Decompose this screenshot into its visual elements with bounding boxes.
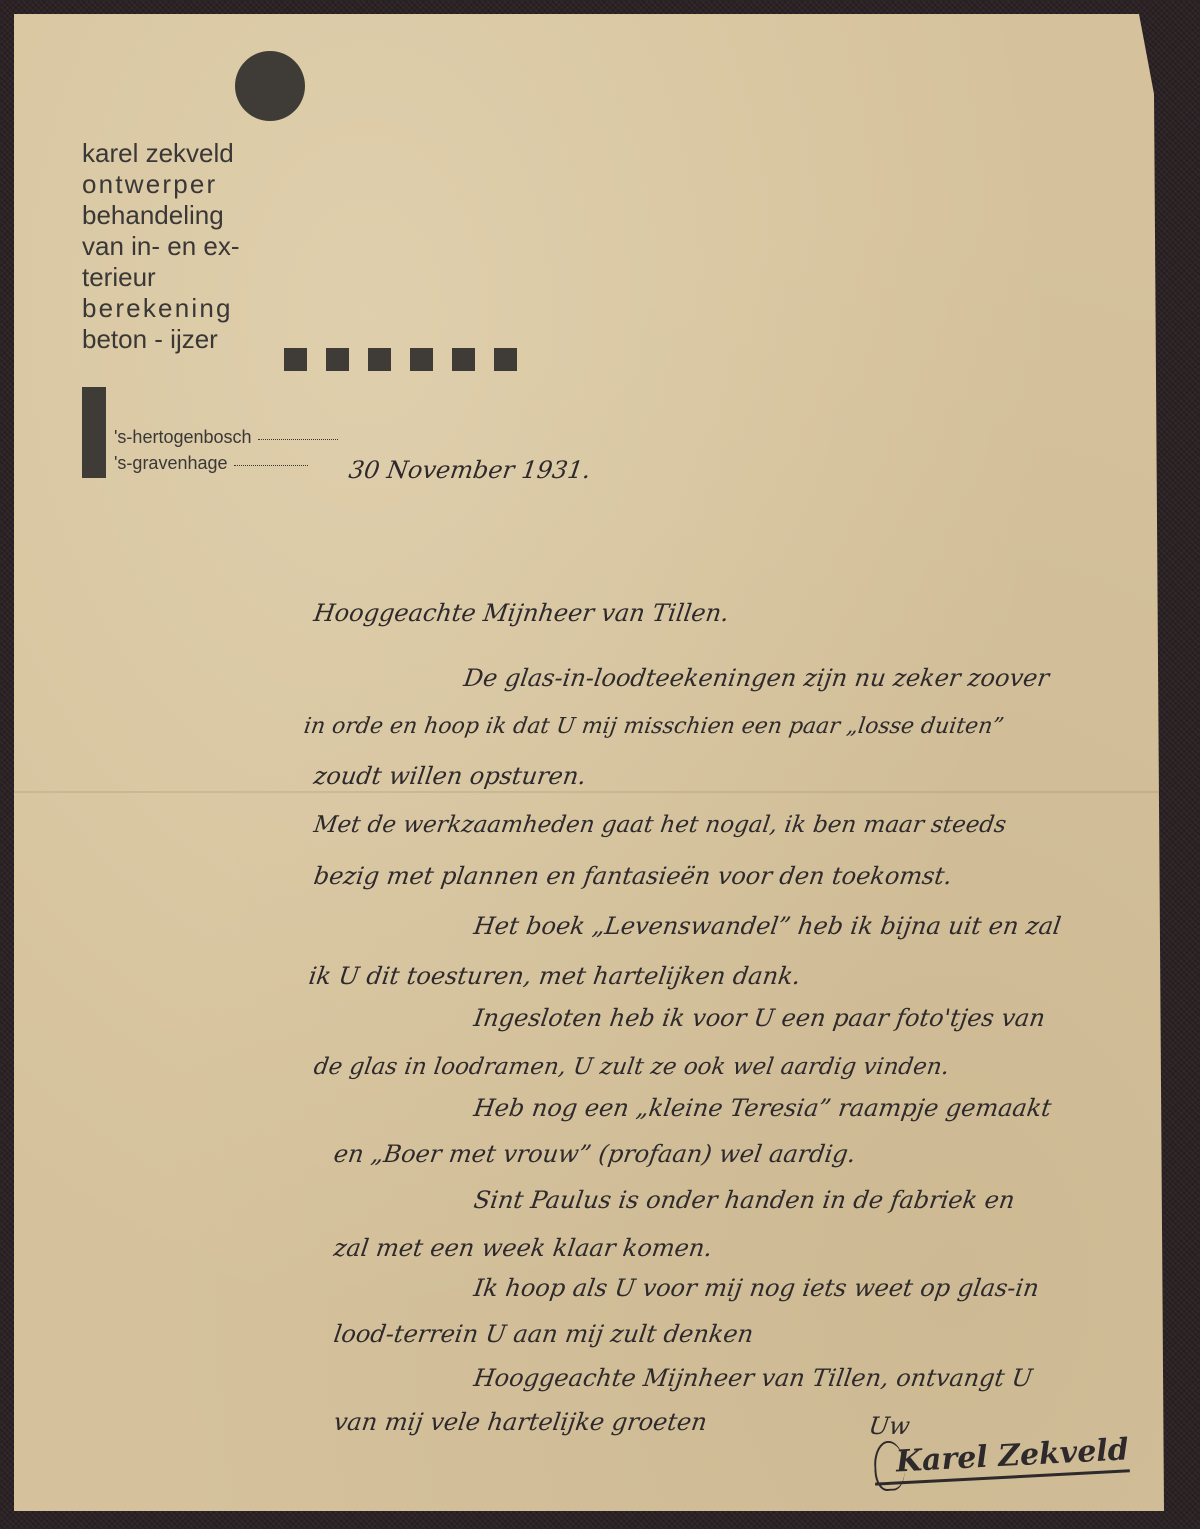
city-name: 's-gravenhage xyxy=(114,453,228,473)
body-line: in orde en hoop ik dat U mij misschien e… xyxy=(302,714,1005,739)
body-line: Hooggeachte Mijnheer van Tillen, ontvang… xyxy=(472,1364,1034,1392)
city-line: 's-gravenhage xyxy=(114,453,308,474)
signature: Karel Zekveld xyxy=(873,1432,1130,1485)
dotted-fill-line xyxy=(234,465,308,466)
body-line: Het boek „Levenswandel” heb ik bijna uit… xyxy=(472,912,1063,940)
letterhead-line: terieur xyxy=(82,262,240,293)
city-line: 's-hertogenbosch xyxy=(114,427,338,448)
paper-fold-line xyxy=(14,791,1187,793)
letterhead-circle-logo xyxy=(235,51,305,121)
letterhead-line: behandeling xyxy=(82,200,240,231)
square-ornament xyxy=(494,348,517,371)
square-ornament xyxy=(452,348,475,371)
body-line: De glas-in-loodteekeningen zijn nu zeker… xyxy=(462,664,1051,692)
square-ornament xyxy=(410,348,433,371)
letterhead-name: karel zekveld xyxy=(82,138,240,169)
square-ornament xyxy=(368,348,391,371)
body-line: zoudt willen opsturen. xyxy=(312,762,588,790)
letterhead-text: karel zekveld ontwerper behandeling van … xyxy=(82,138,240,355)
dotted-fill-line xyxy=(258,439,338,440)
body-line: lood-terrein U aan mij zult denken xyxy=(332,1320,755,1348)
square-ornament xyxy=(284,348,307,371)
letterhead-line: berekening xyxy=(82,293,240,324)
body-line: Met de werkzaamheden gaat het nogal, ik … xyxy=(312,812,1008,838)
body-line: Sint Paulus is onder handen in de fabrie… xyxy=(472,1186,1016,1214)
letterhead-line: van in- en ex- xyxy=(82,231,240,262)
body-line: Heb nog een „kleine Teresia” raampje gem… xyxy=(472,1094,1053,1122)
city-name: 's-hertogenbosch xyxy=(114,427,252,447)
body-line: en „Boer met vrouw” (profaan) wel aardig… xyxy=(332,1140,857,1168)
letter-sheet: karel zekveld ontwerper behandeling van … xyxy=(14,14,1187,1511)
square-ornament xyxy=(326,348,349,371)
salutation: Hooggeachte Mijnheer van Tillen. xyxy=(312,599,731,627)
body-line: Ingesloten heb ik voor U een paar foto't… xyxy=(472,1004,1047,1032)
body-line: bezig met plannen en fantasieën voor den… xyxy=(312,862,954,890)
body-line: zal met een week klaar komen. xyxy=(332,1234,714,1262)
body-line: van mij vele hartelijke groeten xyxy=(332,1408,709,1436)
closing: Uw xyxy=(867,1412,912,1440)
body-line: ik U dit toesturen, met hartelijken dank… xyxy=(307,962,802,990)
letter-date: 30 November 1931. xyxy=(347,456,592,484)
letterhead-vertical-bar xyxy=(82,387,106,478)
body-line: Ik hoop als U voor mij nog iets weet op … xyxy=(472,1274,1041,1302)
letterhead-line: ontwerper xyxy=(82,169,240,200)
letterhead-line: beton - ijzer xyxy=(82,324,240,355)
letterhead-squares xyxy=(284,348,517,371)
body-line: de glas in loodramen, U zult ze ook wel … xyxy=(312,1054,951,1080)
